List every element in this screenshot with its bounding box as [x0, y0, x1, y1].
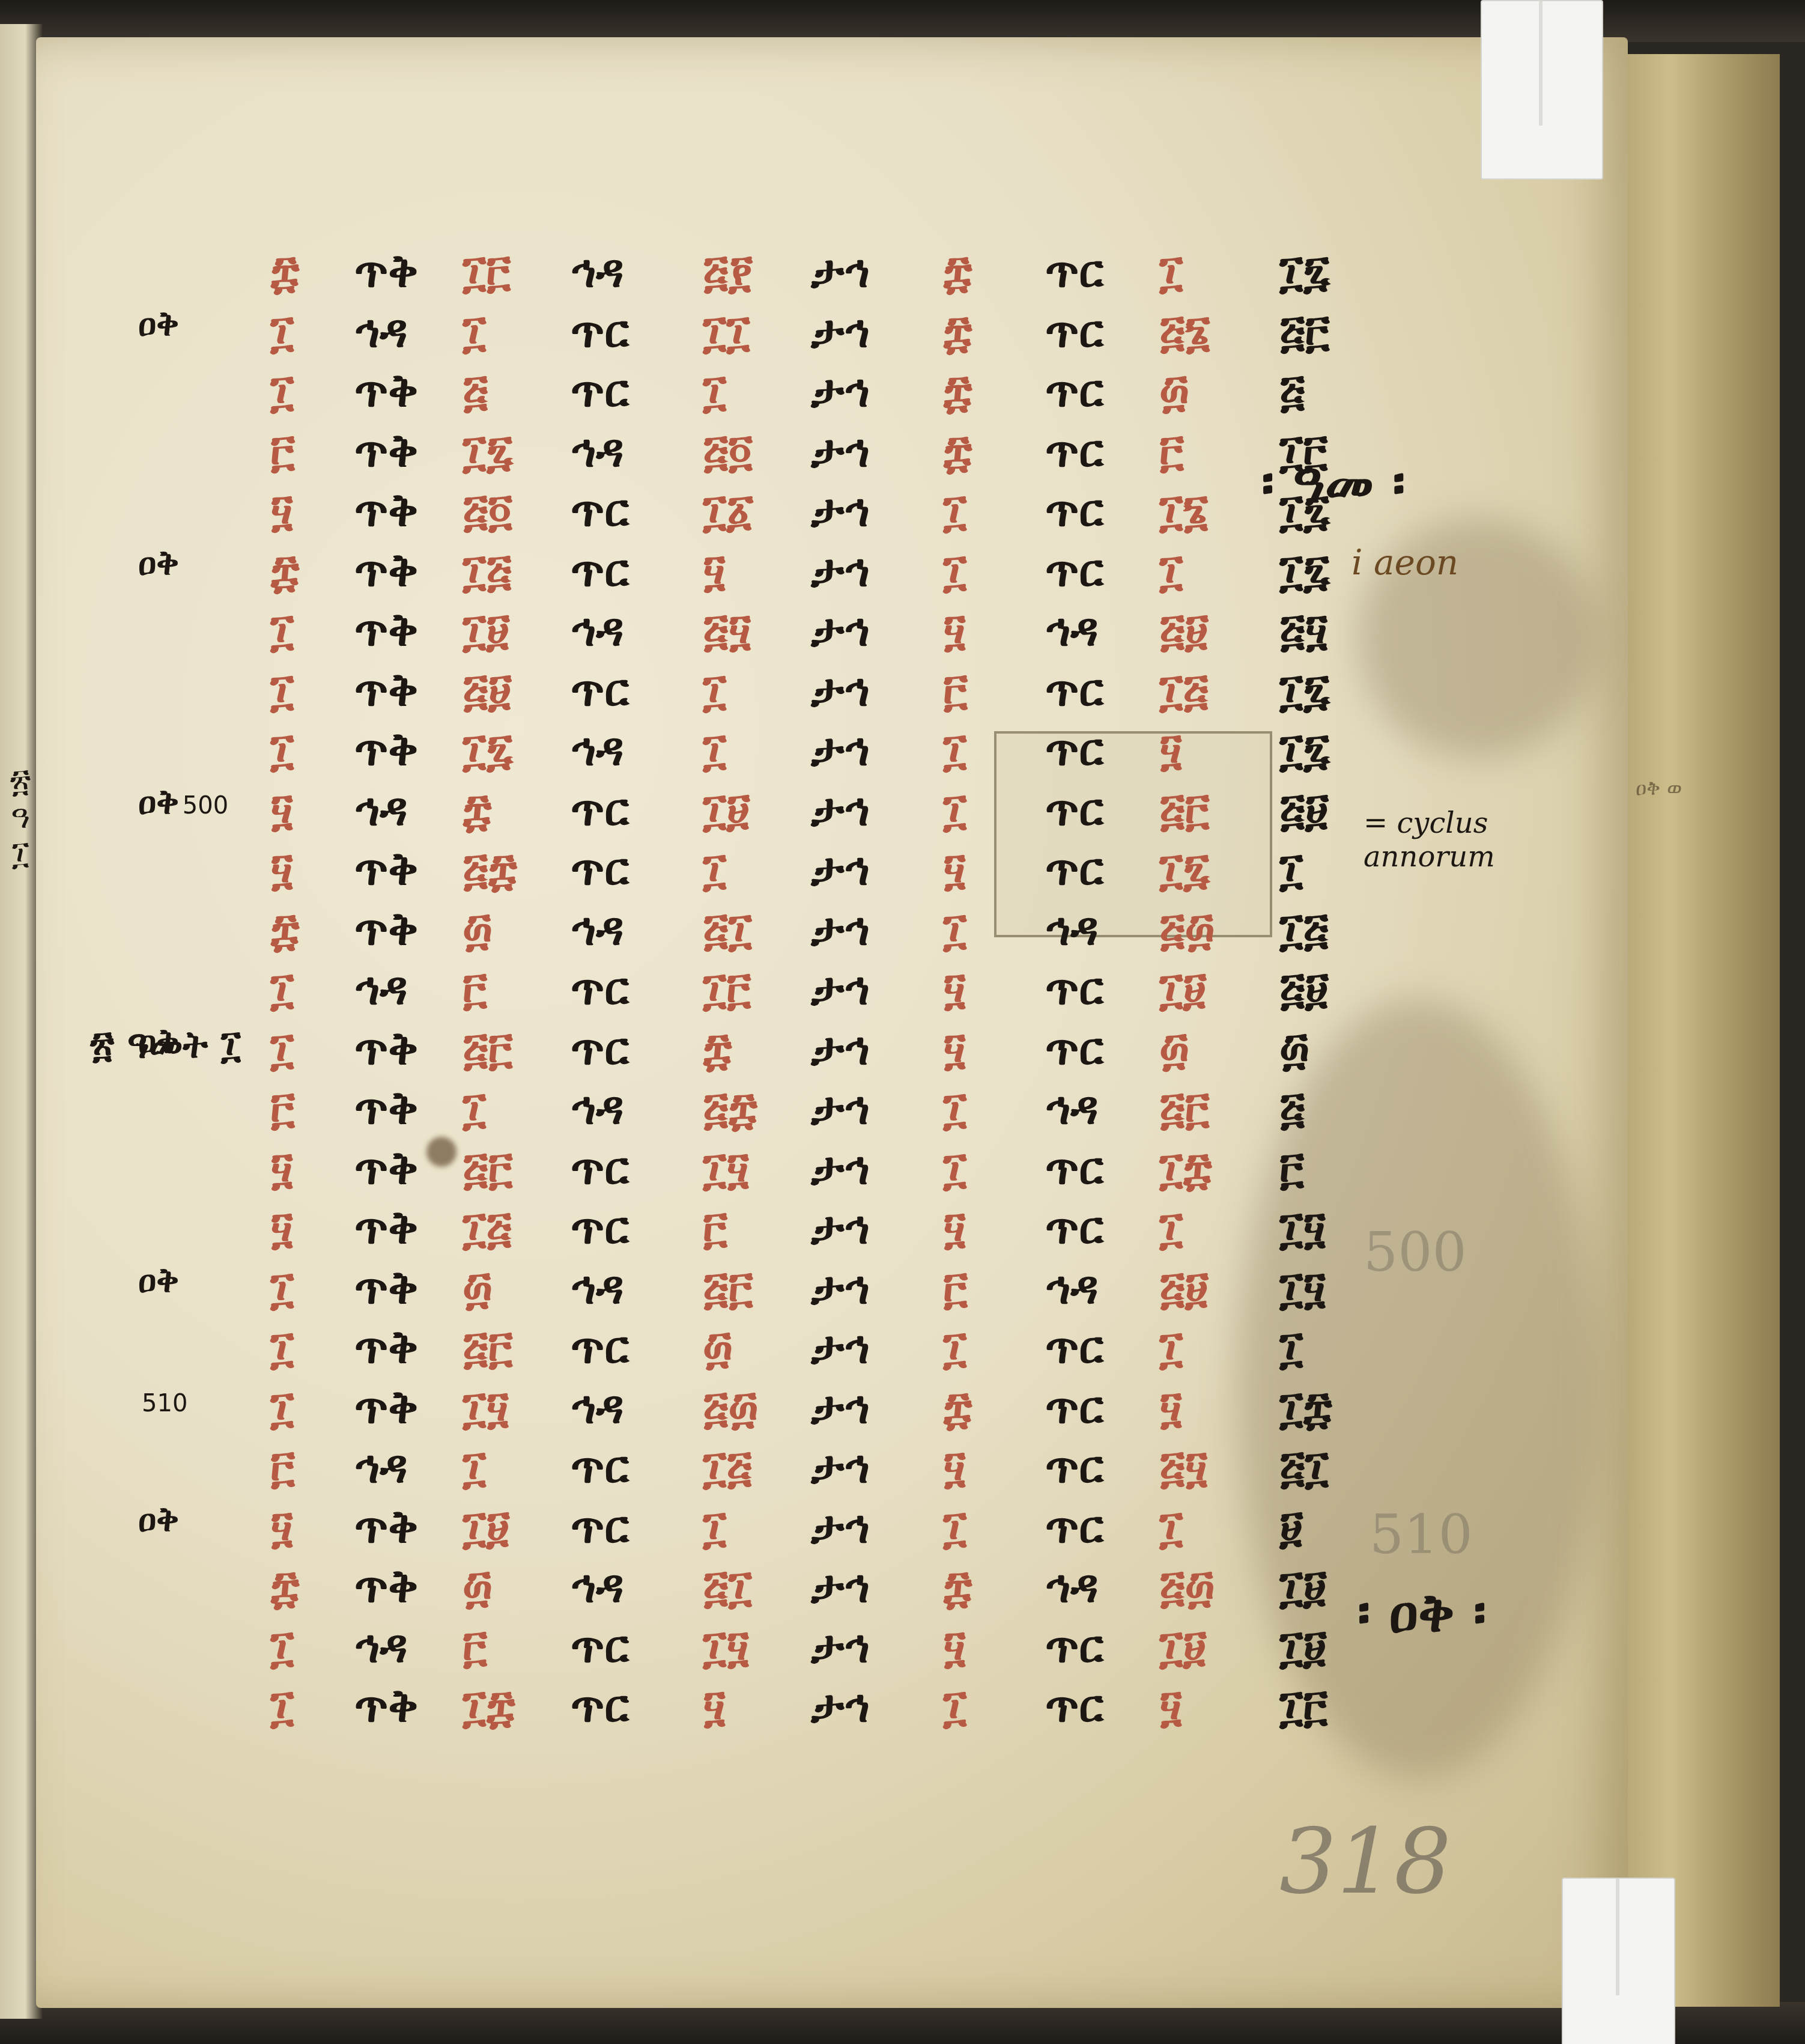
numeral-cell: ፶ — [943, 1201, 966, 1255]
numeral-cell: ፭፫ — [1159, 783, 1209, 837]
month-cell: ጥቅ — [354, 663, 418, 717]
month-cell: ታኅ — [811, 484, 870, 538]
row-marker-label: ዐቅ — [138, 305, 179, 344]
numeral-cell: ፶ — [943, 962, 966, 1016]
month-cell: ታኅ — [811, 364, 870, 418]
numeral-cell: ፰ — [270, 544, 299, 598]
month-cell: ኅዳ — [1045, 603, 1099, 657]
numeral-cell: ፫ — [463, 962, 487, 1016]
numeral-cell: ፰ — [943, 364, 972, 418]
numeral-cell: ፲፰ — [463, 1679, 515, 1733]
numeral-cell: ፭፲ — [703, 1560, 752, 1614]
month-cell: ኅዳ — [1045, 1560, 1099, 1614]
numeral-cell: ፲ — [1279, 842, 1303, 896]
numeral-cell: ፲ — [943, 723, 966, 777]
month-cell: ኅዳ — [354, 305, 408, 359]
month-cell: ታኅ — [811, 1679, 870, 1733]
numeral-cell: ፴ — [1159, 364, 1189, 418]
month-cell: ኅዳ — [571, 603, 624, 657]
numeral-cell: ፲፫ — [1279, 1679, 1327, 1733]
month-cell: ጥር — [1045, 1022, 1103, 1076]
numeral-cell: ፲ — [1279, 1321, 1303, 1375]
month-cell: ጥር — [571, 842, 629, 896]
numeral-cell: ፭፫ — [1279, 305, 1329, 359]
numeral-cell: ፶ — [270, 1201, 293, 1255]
month-cell: ጥር — [571, 1142, 629, 1196]
numeral-cell: ፲ — [270, 1620, 294, 1674]
numeral-cell: ፶ — [270, 1142, 293, 1196]
month-cell: ታኅ — [811, 544, 870, 598]
month-cell: ታኅ — [811, 1201, 870, 1255]
month-cell: ጥር — [1045, 1679, 1103, 1733]
row-marker-label: ዐቅ — [138, 1022, 179, 1061]
month-cell: ጥቅ — [354, 842, 418, 896]
month-cell: ጥር — [1045, 544, 1103, 598]
numeral-cell: ፲ — [463, 305, 486, 359]
numeral-cell: ፲ — [943, 1500, 966, 1554]
numeral-cell: ፲፭ — [463, 1201, 512, 1255]
numeral-cell: ፴ — [463, 1560, 493, 1614]
numeral-cell: ፴ — [463, 1261, 493, 1315]
numeral-cell: ፶ — [943, 842, 966, 896]
numeral-cell: ፭፰ — [463, 842, 517, 896]
month-cell: ጥቅ — [354, 1261, 418, 1315]
month-cell: ጥር — [571, 1022, 629, 1076]
month-cell: ታኅ — [811, 424, 870, 478]
numeral-cell: ፭፱ — [1159, 1261, 1209, 1315]
numeral-cell: ፭፮ — [1159, 305, 1211, 359]
month-cell: ጥር — [571, 484, 629, 538]
numeral-cell: ፲ — [270, 603, 294, 657]
month-cell: ኅዳ — [571, 723, 624, 777]
numeral-cell: ፲፭ — [463, 544, 512, 598]
month-cell: ታኅ — [811, 1142, 870, 1196]
month-cell: ታኅ — [811, 1381, 870, 1435]
numeral-cell: ፲ — [1159, 245, 1183, 299]
numeral-cell: ፲ — [943, 1321, 966, 1375]
month-cell: ጥቅ — [354, 1679, 418, 1733]
numeral-cell: ፲ — [270, 663, 294, 717]
numeral-cell: ፲፱ — [463, 603, 510, 657]
numeral-cell: ፲ — [943, 1142, 966, 1196]
month-cell: ጥር — [1045, 783, 1103, 837]
numeral-cell: ፲ — [1159, 544, 1183, 598]
row-marker: ዐቅ — [138, 305, 179, 344]
right-margin-latin-cycle: = cyclus annorum — [1364, 806, 1628, 874]
month-cell: ጥቅ — [354, 902, 418, 957]
numeral-cell: ፰ — [703, 1022, 732, 1076]
numeral-cell: ፲፶ — [1279, 1261, 1326, 1315]
numeral-cell: ፲፱ — [463, 1500, 510, 1554]
numeral-cell: ፲፱ — [1159, 1620, 1207, 1674]
numeral-cell: ፭፱ — [1159, 603, 1209, 657]
month-cell: ታኅ — [811, 603, 870, 657]
right-leaves-stack: ዐቅ ወ — [1622, 54, 1780, 2007]
numeral-cell: ፲፯ — [1279, 723, 1330, 777]
numeral-cell: ፲ — [703, 1500, 726, 1554]
numeral-cell: ፲፰ — [1159, 1142, 1212, 1196]
numeral-cell: ፭፫ — [703, 1261, 753, 1315]
numeral-cell: ፭፫ — [463, 1321, 512, 1375]
numeral-cell: ፲ — [270, 1679, 294, 1733]
month-cell: ኅዳ — [1045, 1261, 1099, 1315]
numeral-cell: ፭፱ — [1279, 962, 1329, 1016]
numeral-cell: ፫ — [270, 1440, 295, 1494]
month-cell: ጥር — [1045, 424, 1103, 478]
month-cell: ጥቅ — [354, 1560, 418, 1614]
month-cell: ጥቅ — [354, 544, 418, 598]
row-marker: ዐቅ — [138, 1261, 179, 1301]
numeral-cell: ፲፭ — [703, 1440, 752, 1494]
numeral-cell: ፭፱ — [463, 663, 512, 717]
month-cell: ታኅ — [811, 663, 870, 717]
numeral-cell: ፰ — [270, 1560, 299, 1614]
numeral-cell: ፲ — [463, 1440, 486, 1494]
folio-number: 318 — [1279, 1810, 1451, 1914]
numeral-cell: ፭፴ — [703, 1381, 758, 1435]
month-cell: ኅዳ — [571, 1081, 624, 1136]
numeral-cell: ፲ — [943, 902, 966, 957]
numeral-cell: ፲ — [703, 663, 726, 717]
month-cell: ጥቅ — [354, 723, 418, 777]
numeral-cell: ፶ — [270, 842, 293, 896]
row-marker-number: 510 — [142, 1390, 187, 1417]
month-cell: ታኅ — [811, 1620, 870, 1674]
numeral-cell: ፫ — [703, 1201, 727, 1255]
month-cell: ጥር — [571, 305, 629, 359]
month-cell: ጥቅ — [354, 424, 418, 478]
month-cell: ኅዳ — [571, 902, 624, 957]
numeral-cell: ፲ — [270, 723, 294, 777]
page-clip-top — [1481, 0, 1603, 180]
numeral-cell: ፲ — [703, 723, 726, 777]
month-cell: ጥር — [571, 544, 629, 598]
right-margin-note-lower: ፡ ዐቅ ፡ — [1358, 1581, 1486, 1645]
numeral-cell: ፲ — [943, 544, 966, 598]
numeral-cell: ፶ — [943, 1620, 966, 1674]
month-cell: ታኅ — [811, 305, 870, 359]
numeral-cell: ፰ — [943, 245, 972, 299]
numeral-cell: ፫ — [270, 1081, 295, 1136]
numeral-cell: ፲ — [703, 364, 726, 418]
numeral-cell: ፲፱ — [1159, 962, 1207, 1016]
numeral-cell: ፲፯ — [1279, 544, 1330, 598]
numeral-cell: ፭፴ — [1159, 902, 1215, 957]
row-marker-label: ዐቅ — [138, 1500, 179, 1539]
numeral-cell: ፲ — [270, 1261, 294, 1315]
month-cell: ኅዳ — [354, 783, 408, 837]
month-cell: ጥር — [1045, 842, 1103, 896]
numeral-cell: ፲ — [943, 1081, 966, 1136]
numeral-cell: ፲፶ — [703, 1142, 749, 1196]
numeral-cell: ፭፬ — [703, 424, 753, 478]
month-cell: ታኅ — [811, 783, 870, 837]
numeral-cell: ፲ — [270, 1022, 294, 1076]
row-marker: ዐቅ — [138, 1500, 179, 1540]
month-cell: ጥር — [1045, 245, 1103, 299]
row-marker: 510 — [138, 1381, 187, 1420]
numeral-cell: ፲ — [943, 484, 966, 538]
numeral-cell: ፰ — [943, 305, 972, 359]
month-cell: ታኅ — [811, 1560, 870, 1614]
month-cell: ጥር — [1045, 1142, 1103, 1196]
month-cell: ጥር — [571, 1321, 629, 1375]
month-cell: ጥር — [571, 962, 629, 1016]
month-cell: ጥር — [571, 1620, 629, 1674]
month-cell: ጥር — [571, 663, 629, 717]
month-cell: ጥር — [1045, 723, 1103, 777]
numeral-cell: ፲ — [270, 1321, 294, 1375]
numeral-cell: ፰ — [270, 245, 299, 299]
numeral-cell: ፲ — [1159, 1201, 1183, 1255]
numeral-cell: ፭፰ — [703, 1081, 757, 1136]
month-cell: ጥር — [1045, 484, 1103, 538]
numeral-cell: ፰ — [943, 1381, 972, 1435]
numeral-cell: ፫ — [1159, 424, 1184, 478]
month-cell: ጥር — [1045, 1321, 1103, 1375]
month-cell: ኅዳ — [571, 424, 624, 478]
month-cell: ጥቅ — [354, 364, 418, 418]
month-cell: ታኅ — [811, 1081, 870, 1136]
month-cell: ጥር — [1045, 663, 1103, 717]
month-cell: ታኅ — [811, 1440, 870, 1494]
ghost-pencil-510: 510 — [1370, 1503, 1473, 1566]
numeral-cell: ፲ — [463, 1081, 486, 1136]
numeral-cell: ፭፶ — [703, 603, 751, 657]
month-cell: ኅዳ — [571, 1261, 624, 1315]
left-page-note: ፳ ዓ ፲ — [2, 763, 38, 871]
month-cell: ጥር — [571, 783, 629, 837]
numeral-cell: ፲፰ — [1279, 1381, 1332, 1435]
month-cell: ጥቅ — [354, 1500, 418, 1554]
numeral-cell: ፰ — [270, 902, 299, 957]
numeral-cell: ፭፶ — [1159, 1440, 1207, 1494]
month-cell: ጥር — [1045, 364, 1103, 418]
numeral-cell: ፲ — [1159, 1321, 1183, 1375]
numeral-cell: ፫ — [943, 1261, 968, 1315]
numeral-cell: ፲፭ — [1279, 902, 1329, 957]
numeral-cell: ፭ — [463, 364, 488, 418]
numeral-cell: ፶ — [1159, 1381, 1182, 1435]
numeral-cell: ፲፫ — [703, 962, 751, 1016]
month-cell: ጥር — [1045, 962, 1103, 1016]
numeral-cell: ፲፯ — [463, 723, 513, 777]
month-cell: ታኅ — [811, 1022, 870, 1076]
numeral-cell: ፲ — [703, 842, 726, 896]
numeral-cell: ፲፯ — [1279, 245, 1330, 299]
month-cell: ኅዳ — [571, 245, 624, 299]
numeral-cell: ፲ — [943, 783, 966, 837]
month-cell: ጥቅ — [354, 1321, 418, 1375]
month-cell: ኅዳ — [354, 1620, 408, 1674]
row-marker-label: ዐቅ — [138, 783, 179, 822]
ink-blot — [426, 1137, 457, 1167]
numeral-cell: ፴ — [1159, 1022, 1189, 1076]
numeral-cell: ፭ — [1279, 1081, 1305, 1136]
month-cell: ታኅ — [811, 902, 870, 957]
numeral-cell: ፶ — [270, 1500, 293, 1554]
numeral-cell: ፶ — [270, 484, 293, 538]
month-cell: ኅዳ — [571, 1381, 624, 1435]
month-cell: ታኅ — [811, 1321, 870, 1375]
ghost-pencil-500: 500 — [1364, 1221, 1467, 1284]
month-cell: ጥር — [1045, 1620, 1103, 1674]
numeral-cell: ፭፫ — [1159, 1081, 1209, 1136]
month-cell: ታኅ — [811, 723, 870, 777]
numeral-cell: ፭፴ — [1159, 1560, 1215, 1614]
month-cell: ጥቅ — [354, 484, 418, 538]
numeral-cell: ፲፲ — [703, 305, 750, 359]
numeral-cell: ፲፶ — [1279, 1201, 1326, 1255]
numeral-cell: ፲ — [270, 305, 294, 359]
month-cell: ጥቅ — [354, 1022, 418, 1076]
numeral-cell: ፰ — [943, 424, 972, 478]
numeral-cell: ፲፱ — [1279, 1620, 1327, 1674]
numeral-cell: ፶ — [270, 783, 293, 837]
parchment-repair-patch — [994, 731, 1272, 937]
numeral-cell: ፶ — [703, 1679, 726, 1733]
month-cell: ኅዳ — [354, 962, 408, 1016]
numeral-cell: ፲፯ — [463, 424, 513, 478]
numeral-cell: ፲፫ — [463, 245, 511, 299]
row-marker: ዐቅ500 — [138, 783, 228, 823]
month-cell: ኅዳ — [571, 1560, 624, 1614]
numeral-cell: ፲፯ — [1159, 842, 1210, 896]
numeral-cell: ፲፭ — [1159, 663, 1209, 717]
month-cell: ኅዳ — [354, 1440, 408, 1494]
month-cell: ጥር — [571, 1500, 629, 1554]
month-cell: ጥቅ — [354, 1081, 418, 1136]
row-marker: ዐቅ — [138, 544, 179, 583]
numeral-cell: ፫ — [270, 424, 295, 478]
month-cell: ጥር — [1045, 1500, 1103, 1554]
numeral-cell: ፭፱ — [1279, 783, 1329, 837]
numeral-cell: ፭፲ — [1279, 1440, 1329, 1494]
month-cell: ጥር — [571, 1201, 629, 1255]
book-binding-bottom — [0, 2002, 1805, 2044]
row-marker: ዐቅ — [138, 1022, 179, 1062]
month-cell: ጥር — [571, 1440, 629, 1494]
month-cell: ታኅ — [811, 962, 870, 1016]
numeral-cell: ፶ — [943, 1440, 966, 1494]
month-cell: ጥቅ — [354, 1381, 418, 1435]
numeral-cell: ፫ — [943, 663, 968, 717]
numeral-cell: ፫ — [1279, 1142, 1304, 1196]
numeral-cell: ፱ — [1279, 1500, 1303, 1554]
numeral-cell: ፫ — [463, 1620, 487, 1674]
month-cell: ጥር — [1045, 1440, 1103, 1494]
month-cell: ታኅ — [811, 842, 870, 896]
month-cell: ጥር — [571, 364, 629, 418]
row-marker-label: ዐቅ — [138, 1261, 179, 1300]
numeral-cell: ፰ — [943, 1560, 972, 1614]
numeral-cell: ፶ — [943, 603, 966, 657]
month-cell: ጥር — [1045, 305, 1103, 359]
row-marker-number: 500 — [183, 792, 228, 820]
faint-text: ዐቅ ወ — [1636, 775, 1768, 801]
numeral-cell: ፲፱ — [1279, 1560, 1327, 1614]
numeral-cell: ፲፯ — [1279, 663, 1330, 717]
month-cell: ጥቅ — [354, 603, 418, 657]
numeral-cell: ፲ — [270, 1381, 294, 1435]
numeral-cell: ፭ — [1279, 364, 1305, 418]
month-cell: ጥቅ — [354, 245, 418, 299]
manuscript-page: ፰ጥቅ፲፫ኅዳ፭፻ታኅ፰ጥር፲፲፯፲ኅዳ፲ጥር፲፲ታኅ፰ጥር፭፮፭፫፲ጥቅ፭ጥር… — [36, 37, 1628, 2008]
numeral-cell: ፭፫ — [463, 1142, 512, 1196]
right-margin-latin-note: i aeon — [1351, 542, 1458, 583]
month-cell: ጥቅ — [354, 1142, 418, 1196]
numeral-cell: ፰ — [463, 783, 491, 837]
month-cell: ታኅ — [811, 245, 870, 299]
month-cell: ኅዳ — [1045, 902, 1099, 957]
month-cell: ጥር — [571, 1679, 629, 1733]
numeral-cell: ፲፮ — [1159, 484, 1209, 538]
month-cell: ጥር — [1045, 1381, 1103, 1435]
numeral-cell: ፭፻ — [703, 245, 753, 299]
numeral-cell: ፶ — [1159, 1679, 1182, 1733]
month-cell: ታኅ — [811, 1500, 870, 1554]
numeral-cell: ፲ — [270, 364, 294, 418]
numeral-cell: ፭፲ — [703, 902, 752, 957]
numeral-cell: ፴ — [703, 1321, 733, 1375]
month-cell: ኅዳ — [1045, 1081, 1099, 1136]
row-marker-label: ዐቅ — [138, 544, 179, 583]
numeral-cell: ፶ — [1159, 723, 1182, 777]
right-margin-note: ፡ ዓመ ፡ — [1261, 452, 1406, 516]
month-cell: ጥቅ — [354, 1201, 418, 1255]
numeral-cell: ፭፫ — [463, 1022, 512, 1076]
page-clip-bottom — [1562, 1878, 1675, 2044]
numeral-cell: ፭፬ — [463, 484, 512, 538]
numeral-cell: ፲ — [943, 1679, 966, 1733]
numeral-cell: ፴ — [1279, 1022, 1309, 1076]
numeral-cell: ፲ — [1159, 1500, 1183, 1554]
month-cell: ታኅ — [811, 1261, 870, 1315]
numeral-cell: ፲፱ — [703, 783, 750, 837]
numeral-cell: ፶ — [703, 544, 726, 598]
month-cell: ጥር — [1045, 1201, 1103, 1255]
numeral-cell: ፶ — [943, 1022, 966, 1076]
numeral-cell: ፲፶ — [703, 1620, 749, 1674]
numeral-cell: ፴ — [463, 902, 493, 957]
numeral-cell: ፲ — [270, 962, 294, 1016]
numeral-cell: ፲፩ — [703, 484, 754, 538]
numeral-cell: ፲፶ — [463, 1381, 509, 1435]
numeral-cell: ፭፶ — [1279, 603, 1327, 657]
